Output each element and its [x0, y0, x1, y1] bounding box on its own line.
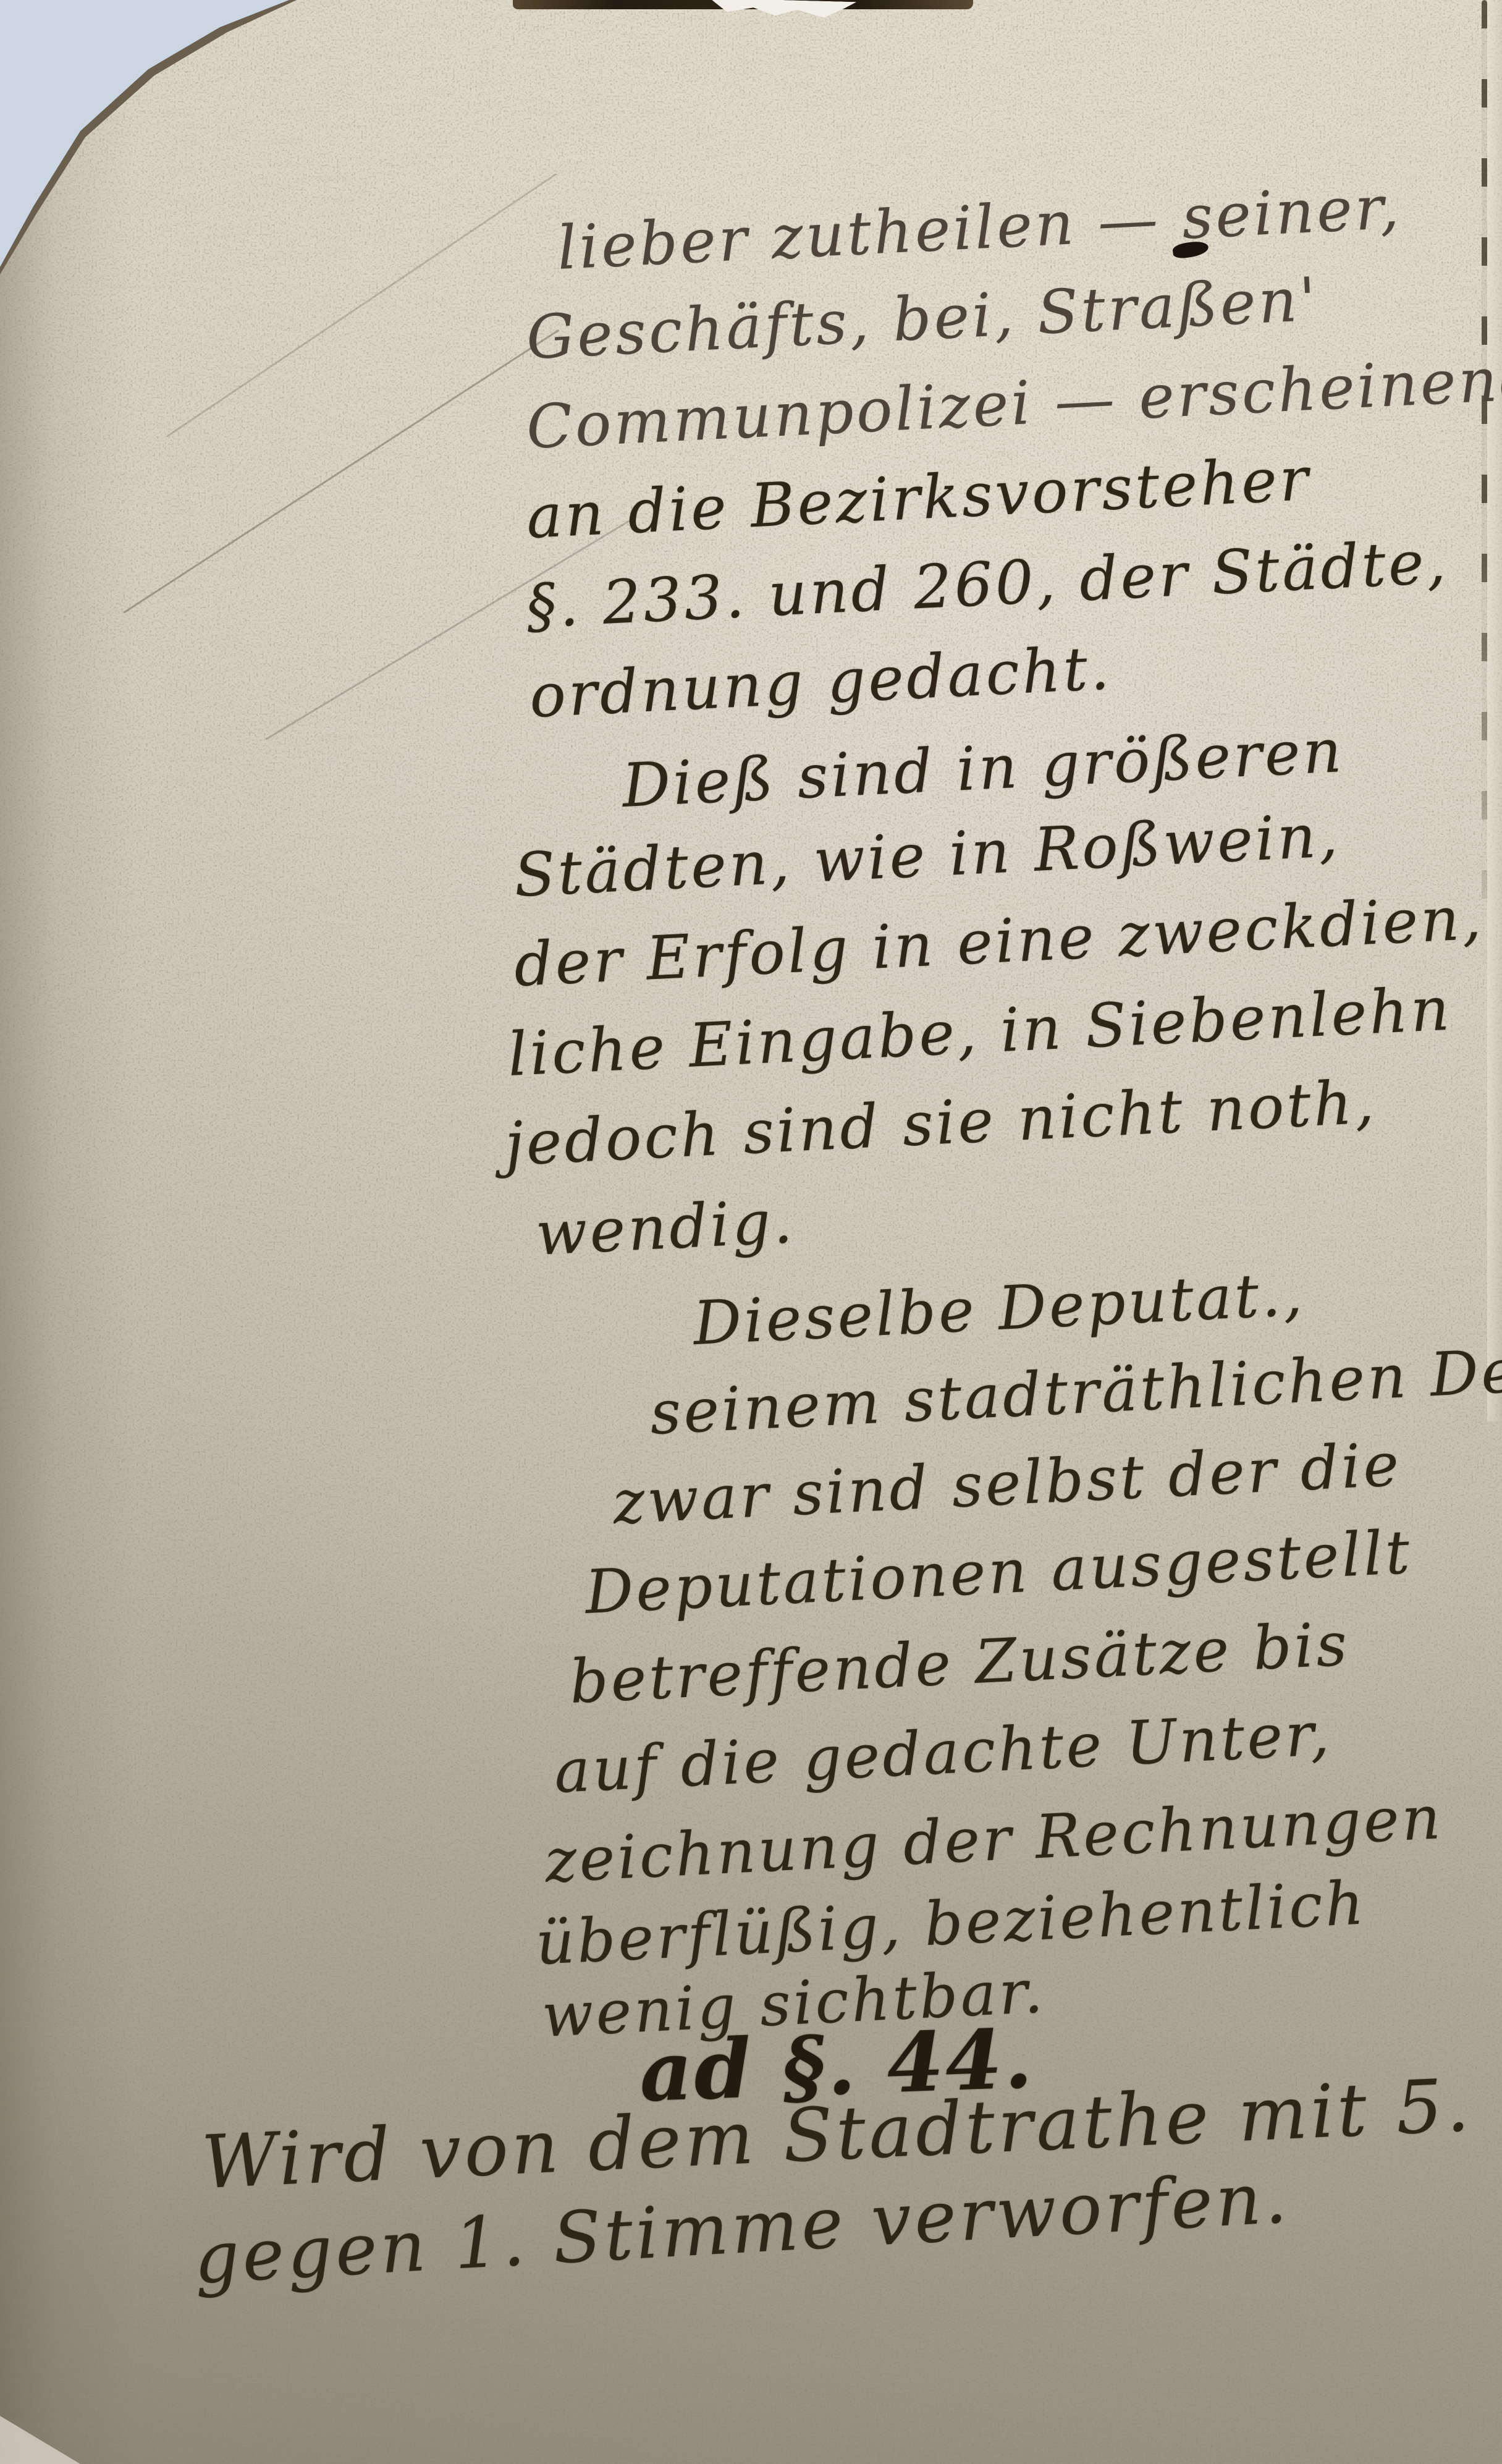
- handwritten-line: wendig.: [534, 1187, 796, 1269]
- right-page-crease: [1482, 0, 1487, 964]
- right-page-edge: [1487, 0, 1502, 1421]
- manuscript-page: lieber zutheilen — seiner, Geschäfts, be…: [0, 0, 1502, 2464]
